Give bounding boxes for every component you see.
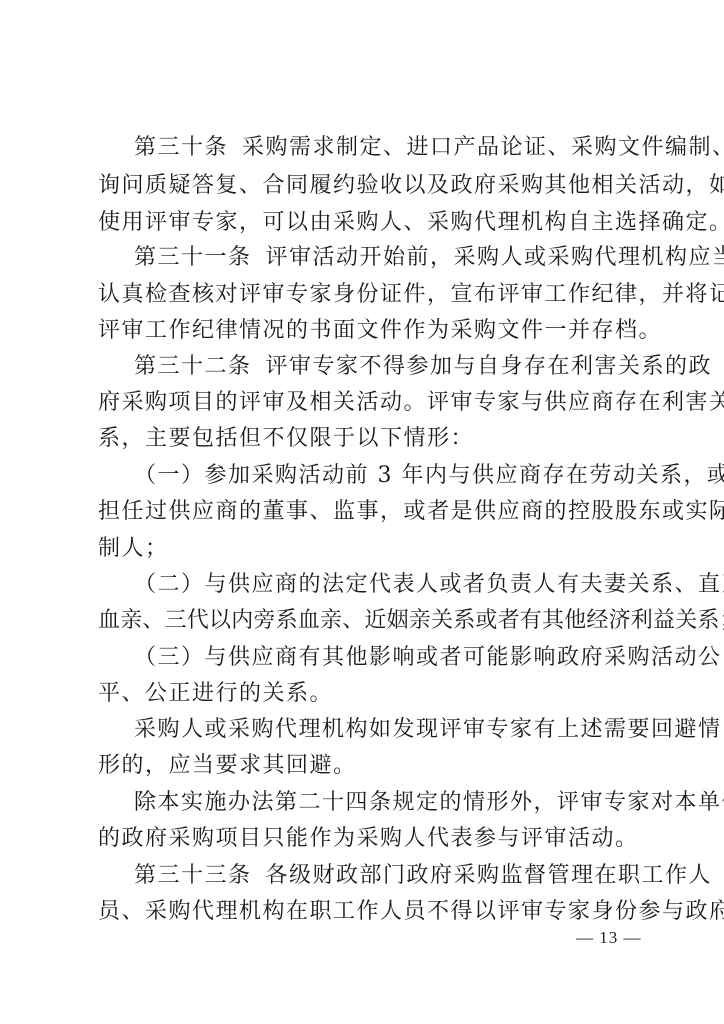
article-32-line-1: 第三十二条评审专家不得参加与自身存在利害关系的政: [134, 349, 626, 385]
article-number: 第三十二条: [134, 354, 252, 379]
recusal-line-1: 采购人或采购代理机构如发现评审专家有上述需要回避情: [134, 712, 626, 748]
item-3-line-2: 平、公正进行的关系。: [98, 676, 626, 712]
item-3-line-1: （三）与供应商有其他影响或者可能影响政府采购活动公: [134, 640, 626, 676]
article-33-line-1: 第三十三条各级财政部门政府采购监督管理在职工作人: [134, 858, 626, 894]
document-page: 第三十条采购需求制定、进口产品论证、采购文件编制、 询问质疑答复、合同履约验收以…: [0, 0, 724, 1024]
item-1-line-2: 担任过供应商的董事、监事，或者是供应商的控股股东或实际控: [98, 494, 626, 530]
article-30-line-2: 询问质疑答复、合同履约验收以及政府采购其他相关活动，如需: [98, 168, 626, 204]
article-number: 第三十条: [134, 135, 228, 160]
article-30-line-1: 第三十条采购需求制定、进口产品论证、采购文件编制、: [134, 130, 626, 166]
article-number: 第三十三条: [134, 863, 252, 888]
article-32-line-2: 府采购项目的评审及相关活动。评审专家与供应商存在利害关: [98, 385, 626, 421]
item-2-line-1: （二）与供应商的法定代表人或者负责人有夫妻关系、直系: [134, 567, 626, 603]
exception-line-2: 的政府采购项目只能作为采购人代表参与评审活动。: [98, 821, 626, 857]
article-31-line-3: 评审工作纪律情况的书面文件作为采购文件一并存档。: [98, 313, 626, 349]
article-text: 评审专家不得参加与自身存在利害关系的政: [266, 354, 713, 379]
recusal-line-2: 形的，应当要求其回避。: [98, 748, 626, 784]
article-32-line-3: 系，主要包括但不仅限于以下情形：: [98, 421, 626, 457]
article-30-line-3: 使用评审专家，可以由采购人、采购代理机构自主选择确定。: [98, 205, 626, 241]
article-31-line-2: 认真检查核对评审专家身份证件，宣布评审工作纪律，并将记载: [98, 277, 626, 313]
article-text: 各级财政部门政府采购监督管理在职工作人: [266, 863, 713, 888]
article-number: 第三十一条: [134, 245, 252, 270]
item-1-line-1: （一）参加采购活动前 3 年内与供应商存在劳动关系，或者: [134, 458, 626, 494]
article-31-line-1: 第三十一条评审活动开始前，采购人或采购代理机构应当: [134, 240, 626, 276]
item-1-line-3: 制人；: [98, 531, 626, 567]
page-number: — 13 —: [576, 926, 642, 950]
item-2-line-2: 血亲、三代以内旁系血亲、近姻亲关系或者有其他经济利益关系；: [98, 603, 626, 639]
exception-line-1: 除本实施办法第二十四条规定的情形外，评审专家对本单位: [134, 785, 626, 821]
article-text: 评审活动开始前，采购人或采购代理机构应当: [266, 245, 724, 270]
article-text: 采购需求制定、进口产品论证、采购文件编制、: [242, 135, 724, 160]
article-33-line-2: 员、采购代理机构在职工作人员不得以评审专家身份参与政府采: [98, 894, 626, 930]
